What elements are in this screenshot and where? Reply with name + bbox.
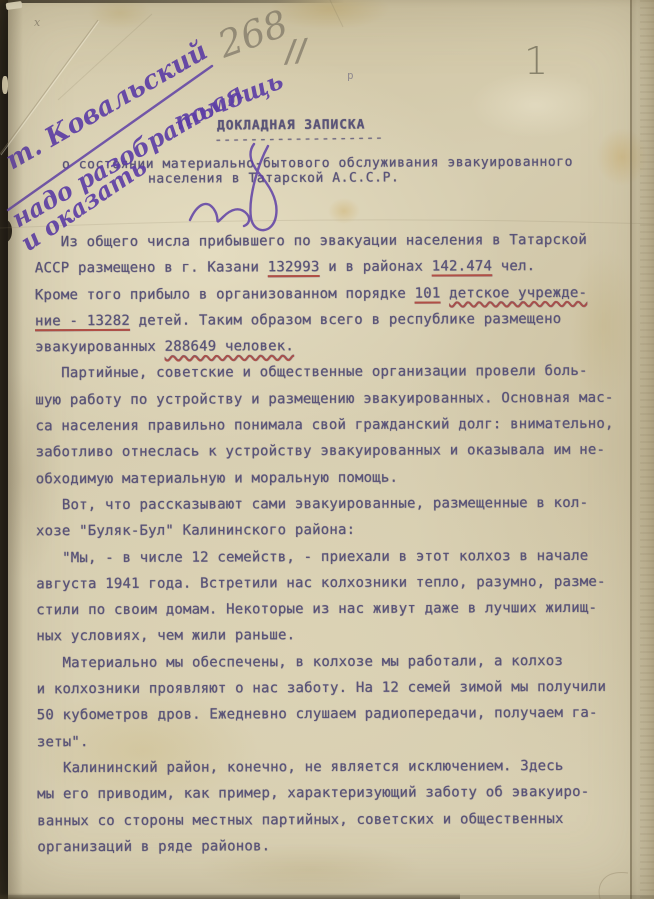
typed-text: организаций в ряде районов. [37, 838, 270, 855]
page-stack-texture [640, 0, 654, 899]
typed-text: Калининский район, конечно, не является … [63, 758, 564, 776]
typed-text: хозе "Буляк-Бул" Калининского района: [36, 522, 355, 539]
typed-line: Из общего числа прибывшего по эвакуации … [35, 227, 625, 256]
typed-text: АССР размещено в г. Казани [35, 260, 268, 277]
typed-text: заботливо отнеслась к устройству эвакуир… [36, 442, 606, 460]
document-subtitle-line-2: населения в Татарской А.С.С.Р. [148, 170, 399, 186]
typed-line: шую работу по устройству и размещению эв… [35, 384, 625, 413]
typed-text: шую работу по устройству и размещению эв… [35, 390, 613, 409]
archive-number-pencil: 268 [211, 2, 293, 67]
typed-text: ванных со стороны местных партийных, сов… [37, 811, 563, 829]
typed-line: Материально мы обеспечены, в колхозе мы … [36, 647, 626, 676]
typed-text: зеты". [37, 734, 89, 750]
scan-left-edge-shadow [8, 0, 23, 899]
typed-text [440, 285, 449, 301]
typed-line: Партийные, советские и общественные орга… [35, 358, 625, 387]
page-right-seam [630, 0, 632, 899]
annotation-diagonal-line [8, 66, 212, 210]
scanned-document-page: ДОКЛАДНАЯ ЗАПИСКА ------------------- о … [0, 0, 654, 899]
paper-stain [328, 198, 360, 224]
typed-line: августа 1941 года. Встретили нас колхозн… [36, 569, 626, 598]
typed-line: 50 кубометров дров. Ежедневно слушаем ра… [37, 700, 627, 729]
typed-text: обходимую материальную и моральную помощ… [36, 469, 398, 487]
signature-flourish [190, 204, 249, 226]
typed-text: и колхозники проявляют о нас заботу. На … [37, 679, 607, 697]
typed-line: са населения правильно понимала свой гра… [35, 411, 625, 440]
red-underlined-text: детское учрежде- [449, 284, 587, 301]
typed-line: хозе "Буляк-Бул" Калининского района: [36, 516, 626, 545]
red-underlined-text: 142.474 [432, 259, 492, 275]
paper-stain [88, 0, 152, 30]
scan-bottom-edge-faint [0, 895, 654, 899]
typed-text: детей. Таким образом всего в республике … [130, 311, 562, 329]
typed-text: 50 кубометров дров. Ежедневно слушаем ра… [37, 705, 598, 723]
page-number-pencil: 1 [524, 39, 548, 83]
typed-line: обходимую материальную и моральную помощ… [36, 463, 626, 492]
crease-line [58, 14, 152, 100]
archive-slashes-pencil: ∕∕ [280, 33, 311, 71]
typed-text: чел. [492, 258, 535, 274]
typed-line: ных условиях, чем жили раньше. [36, 621, 626, 650]
typed-line: АССР размещено в г. Казани 132993 и в ра… [35, 253, 625, 282]
typed-line: эвакуированных 288649 человек. [35, 332, 625, 361]
typed-text: Партийные, советские и общественные орга… [61, 363, 587, 381]
red-underlined-text: 101 [415, 285, 441, 301]
paper-stain [270, 0, 390, 30]
scan-left-edge [0, 0, 8, 899]
corner-x-mark: x [34, 16, 41, 29]
typed-line: "Мы, - в числе 12 семейств, - приехали в… [36, 542, 626, 571]
typed-text: Вот, что рассказывают сами эвакуированны… [62, 495, 588, 513]
typed-line: заботливо отнеслась к устройству эвакуир… [36, 437, 626, 466]
typed-line: стили по своим домам. Некоторые из нас ж… [36, 595, 626, 624]
scan-top-edge [0, 0, 345, 3]
typed-artifact-mark: р [347, 69, 354, 82]
typed-text: са населения правильно понимала свой гра… [35, 416, 613, 435]
typed-text: мы его приводим, как пример, характеризу… [37, 784, 589, 802]
red-underlined-text: 288649 человек. [165, 338, 295, 355]
typed-line: Калининский район, конечно, не является … [37, 753, 627, 782]
crease-line [330, 0, 343, 27]
typed-text: августа 1941 года. Встретили нас колхозн… [36, 574, 606, 592]
typed-text: ных условиях, чем жили раньше. [36, 628, 295, 645]
typed-line: Вот, что рассказывают сами эвакуированны… [36, 490, 626, 519]
typed-line: ванных со стороны местных партийных, сов… [37, 805, 627, 834]
document-subtitle-line-1: о состоянии материально-бытового обслужи… [62, 155, 573, 173]
typed-text: Материально мы обеспечены, в колхозе мы … [62, 653, 563, 671]
typed-text: эвакуированных [35, 339, 165, 356]
annotation-line-2: надо разобраться [7, 77, 249, 233]
typed-line: и колхозники проявляют о нас заботу. На … [37, 674, 627, 703]
typed-line: ние - 13282 детей. Таким образом всего в… [35, 306, 625, 335]
typed-line: Кроме того прибыло в организованном поря… [35, 279, 625, 308]
typed-text: и в районах [320, 259, 432, 275]
title-underline-dashes: ------------------- [214, 130, 384, 148]
typed-text: Из общего числа прибывшего по эвакуации … [61, 232, 587, 250]
typed-line: мы его приводим, как пример, характеризу… [37, 779, 627, 808]
typed-text: стили по своим домам. Некоторые из нас ж… [36, 600, 597, 618]
red-underlined-text: ние - 13282 [35, 313, 130, 329]
red-underlined-text: 132993 [268, 259, 320, 275]
typed-text: Кроме того прибыло в организованном поря… [35, 285, 415, 303]
typed-text: "Мы, - в числе 12 семейств, - приехали в… [62, 547, 588, 565]
document-body: Из общего числа прибывшего по эвакуации … [35, 227, 628, 861]
paper-highlight [470, 72, 600, 138]
typed-line: зеты". [37, 726, 627, 755]
typed-line: организаций в ряде районов. [37, 832, 627, 861]
annotation-line-1: т. Ковальский [1, 36, 213, 176]
